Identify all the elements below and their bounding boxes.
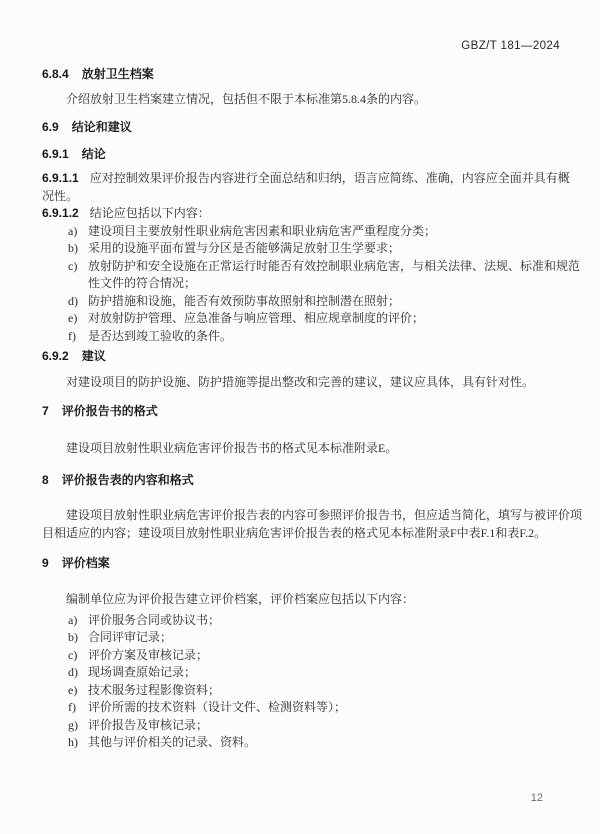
list-item-text: 评价报告及审核记录； <box>88 717 584 735</box>
list-item-text: 建设项目主要放射性职业病危害因素和职业病危害严重程度分类； <box>88 223 584 241</box>
section-heading-6-9-2: 6.9.2建议 <box>42 348 584 366</box>
section-heading-6-8-4: 6.8.4放射卫生档案 <box>42 66 584 84</box>
section-number: 6.9.2 <box>42 349 69 363</box>
list-item: f)是否达到竣工验收的条件。 <box>68 328 584 346</box>
section-title: 建议 <box>82 349 106 363</box>
list-item: d)现场调查原始记录； <box>68 664 584 682</box>
list-item-label: c) <box>68 647 88 665</box>
list-item-text: 评价方案及审核记录； <box>88 647 584 665</box>
archive-list: a)评价服务合同或协议书； b)合同评审记录； c)评价方案及审核记录； d)现… <box>42 612 584 752</box>
section-number: 6.9 <box>42 120 59 134</box>
list-item-text: 评价服务合同或协议书； <box>88 612 584 630</box>
list-item-text: 防护措施和设施，能否有效预防事故照射和控制潜在照射； <box>88 293 584 311</box>
clause-text: 应对控制效果评价报告内容进行全面总结和归纳，语言应简练、准确，内容应全面并具有概… <box>42 171 570 203</box>
section-number: 9 <box>42 556 49 570</box>
section-number: 6.9.1 <box>42 147 69 161</box>
list-item-label: d) <box>68 664 88 682</box>
list-item-text: 技术服务过程影像资料； <box>88 682 584 700</box>
list-item-text: 其他与评价相关的记录、资料。 <box>88 734 584 752</box>
list-item-text: 评价所需的技术资料（设计文件、检测资料等）； <box>88 699 584 717</box>
paragraph-8: 建设项目放射性职业病危害评价报告表的内容可参照评价报告书，但应适当简化，填写与被… <box>42 507 584 542</box>
list-item: c)评价方案及审核记录； <box>68 647 584 665</box>
section-heading-8: 8评价报告表的内容和格式 <box>42 472 584 490</box>
list-item-label: e) <box>68 682 88 700</box>
paragraph-6-9-2: 对建设项目的防护设施、防护措施等提出整改和完善的建议，建议应具体，具有针对性。 <box>42 374 584 392</box>
list-item-text: 是否达到竣工验收的条件。 <box>88 328 584 346</box>
section-heading-6-9: 6.9结论和建议 <box>42 119 584 137</box>
list-item-label: c) <box>68 258 88 293</box>
list-item-label: f) <box>68 328 88 346</box>
clause-text: 结论应包括以下内容： <box>90 206 210 220</box>
standard-code: GBZ/T 181—2024 <box>461 40 560 52</box>
list-item: e)技术服务过程影像资料； <box>68 682 584 700</box>
clause-6-9-1-1: 6.9.1.1应对控制效果评价报告内容进行全面总结和归纳，语言应简练、准确，内容… <box>42 170 584 205</box>
page-header: GBZ/T 181—2024 <box>42 38 584 56</box>
section-number: 6.8.4 <box>42 67 69 81</box>
list-item: h)其他与评价相关的记录、资料。 <box>68 734 584 752</box>
section-number: 8 <box>42 473 49 487</box>
section-heading-7: 7评价报告书的格式 <box>42 403 584 421</box>
section-number: 7 <box>42 404 49 418</box>
list-item: a)评价服务合同或协议书； <box>68 612 584 630</box>
list-item: g)评价报告及审核记录； <box>68 717 584 735</box>
list-item: e)对放射防护管理、应急准备与响应管理、相应规章制度的评价； <box>68 310 584 328</box>
clause-number: 6.9.1.1 <box>42 171 79 185</box>
list-item-text: 现场调查原始记录； <box>88 664 584 682</box>
page-number: 12 <box>531 790 543 808</box>
list-item-text: 对放射防护管理、应急准备与响应管理、相应规章制度的评价； <box>88 310 584 328</box>
document-page: GBZ/T 181—2024 6.8.4放射卫生档案 介绍放射卫生档案建立情况，… <box>0 0 600 834</box>
paragraph-7: 建设项目放射性职业病危害评价报告书的格式见本标准附录E。 <box>42 440 584 458</box>
section-title: 评价报告书的格式 <box>62 404 158 418</box>
list-item-text: 合同评审记录； <box>88 629 584 647</box>
list-item-label: g) <box>68 717 88 735</box>
clause-number: 6.9.1.2 <box>42 206 79 220</box>
list-item-label: h) <box>68 734 88 752</box>
list-item: b)合同评审记录； <box>68 629 584 647</box>
list-item-label: b) <box>68 629 88 647</box>
paragraph-9: 编制单位应为评价报告建立评价档案，评价档案应包括以下内容： <box>42 591 584 609</box>
section-heading-9: 9评价档案 <box>42 555 584 573</box>
section-title: 结论 <box>82 147 106 161</box>
list-item-label: a) <box>68 612 88 630</box>
list-item-text: 放射防护和安全设施在正常运行时能否有效控制职业病危害，与相关法律、法规、标准和规… <box>88 258 584 293</box>
list-item: d)防护措施和设施，能否有效预防事故照射和控制潜在照射； <box>68 293 584 311</box>
list-item-text: 采用的设施平面布置与分区是否能够满足放射卫生学要求； <box>88 240 584 258</box>
clause-6-9-1-2: 6.9.1.2结论应包括以下内容： <box>42 205 584 223</box>
list-item: a)建设项目主要放射性职业病危害因素和职业病危害严重程度分类； <box>68 223 584 241</box>
list-item-label: b) <box>68 240 88 258</box>
section-heading-6-9-1: 6.9.1结论 <box>42 146 584 164</box>
list-item: c)放射防护和安全设施在正常运行时能否有效控制职业病危害，与相关法律、法规、标准… <box>68 258 584 293</box>
list-item-label: a) <box>68 223 88 241</box>
list-item-label: f) <box>68 699 88 717</box>
list-item-label: d) <box>68 293 88 311</box>
list-item: f)评价所需的技术资料（设计文件、检测资料等）； <box>68 699 584 717</box>
section-title: 放射卫生档案 <box>82 67 154 81</box>
section-title: 评价档案 <box>62 556 110 570</box>
document-content: GBZ/T 181—2024 6.8.4放射卫生档案 介绍放射卫生档案建立情况，… <box>0 38 600 752</box>
section-title: 评价报告表的内容和格式 <box>62 473 194 487</box>
section-title: 结论和建议 <box>72 120 132 134</box>
conclusion-list: a)建设项目主要放射性职业病危害因素和职业病危害严重程度分类； b)采用的设施平… <box>42 223 584 346</box>
paragraph-6-8-4: 介绍放射卫生档案建立情况，包括但不限于本标准第5.8.4条的内容。 <box>42 91 584 109</box>
list-item-label: e) <box>68 310 88 328</box>
list-item: b)采用的设施平面布置与分区是否能够满足放射卫生学要求； <box>68 240 584 258</box>
